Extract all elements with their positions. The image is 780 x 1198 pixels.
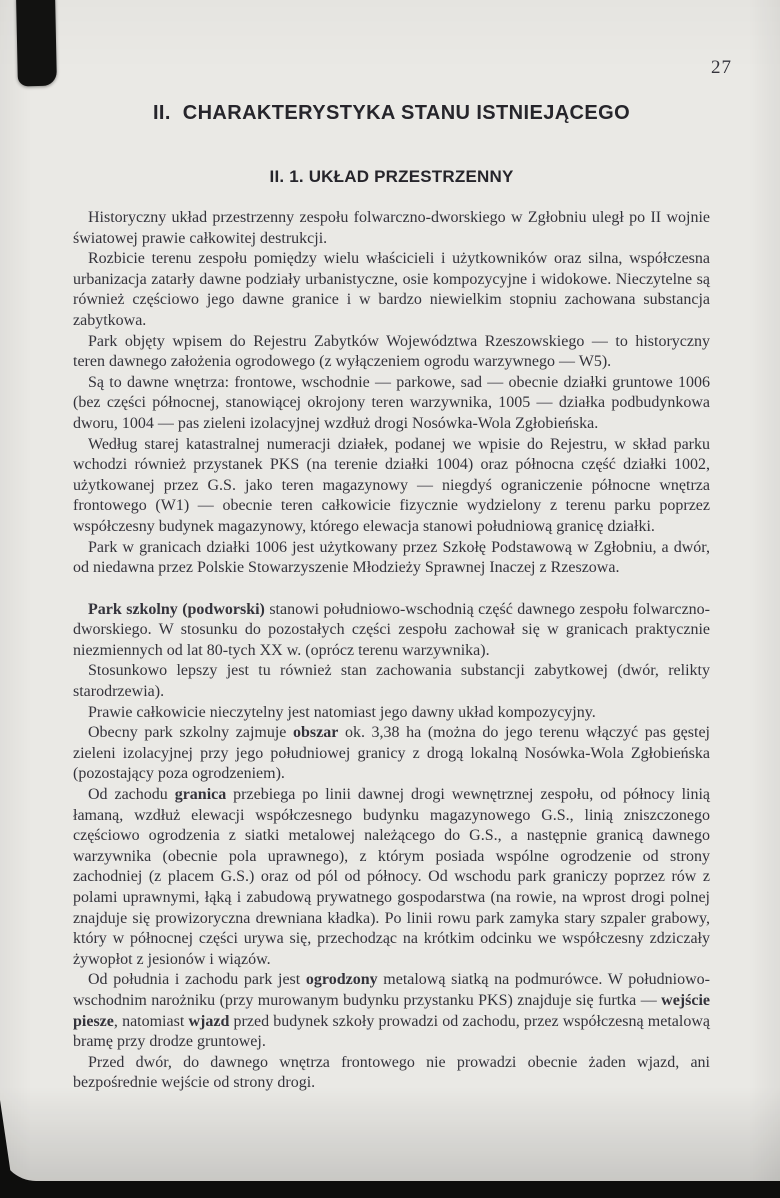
paragraph: Park szkolny (podworski) stanowi południ… — [73, 600, 710, 662]
chapter-heading: II. CHARAKTERYSTYKA STANU ISTNIEJĄCEGO — [73, 102, 710, 125]
text-run: Park objęty wpisem do Rejestru Zabytków … — [73, 333, 710, 371]
text-run: Od zachodu — [88, 786, 175, 803]
text-run: Rozbicie terenu zespołu pomiędzy wielu w… — [73, 250, 710, 329]
paragraph: Park w granicach działki 1006 jest użytk… — [73, 538, 710, 579]
paragraph: Według starej katastralnej numeracji dzi… — [73, 435, 710, 538]
text-run: , natomiast — [114, 1013, 189, 1030]
text-run: Historyczny układ przestrzenny zespołu f… — [73, 209, 710, 247]
emphasis-text: ogrodzony — [306, 971, 378, 988]
paragraph: Stosunkowo lepszy jest tu również stan z… — [73, 661, 710, 702]
paragraph: Obecny park szkolny zajmuje obszar ok. 3… — [73, 723, 710, 785]
text-run: Od południa i zachodu park jest — [88, 971, 306, 988]
scan-spine-mark — [16, 0, 57, 86]
text-run: Prawie całkowicie nieczytelny jest natom… — [88, 704, 596, 721]
paragraph: Historyczny układ przestrzenny zespołu f… — [73, 208, 710, 249]
paragraph: Od zachodu granica przebiega po linii da… — [73, 785, 710, 970]
paragraph: Park objęty wpisem do Rejestru Zabytków … — [73, 332, 710, 373]
paragraph: Prawie całkowicie nieczytelny jest natom… — [73, 703, 710, 724]
paragraph: Od południa i zachodu park jest ogrodzon… — [73, 970, 710, 1052]
text-run: Przed dwór, do dawnego wnętrza frontoweg… — [73, 1054, 710, 1092]
paper-sheet: 27 II. CHARAKTERYSTYKA STANU ISTNIEJĄCEG… — [0, 0, 780, 1181]
page-number: 27 — [711, 57, 732, 79]
emphasis-text: Park szkolny (podworski) — [88, 601, 265, 618]
paragraph: Rozbicie terenu zespołu pomiędzy wielu w… — [73, 249, 710, 331]
text-run: Obecny park szkolny zajmuje — [88, 724, 293, 741]
emphasis-text: obszar — [293, 724, 338, 741]
body-text: Historyczny układ przestrzenny zespołu f… — [73, 208, 710, 1094]
section-heading: II. 1. UKŁAD PRZESTRZENNY — [73, 167, 710, 187]
text-run: Park w granicach działki 1006 jest użytk… — [73, 539, 710, 577]
text-run: Są to dawne wnętrza: frontowe, wschodnie… — [73, 374, 710, 432]
paragraph: Są to dawne wnętrza: frontowe, wschodnie… — [73, 373, 710, 435]
scanned-document: 27 II. CHARAKTERYSTYKA STANU ISTNIEJĄCEG… — [0, 0, 780, 1198]
paragraph: Przed dwór, do dawnego wnętrza frontoweg… — [73, 1053, 710, 1094]
text-run: przebiega po linii dawnej drogi wewnętrz… — [73, 786, 710, 968]
text-run: Stosunkowo lepszy jest tu również stan z… — [73, 662, 710, 700]
emphasis-text: wjazd — [188, 1013, 229, 1030]
emphasis-text: granica — [175, 786, 227, 803]
text-run: Według starej katastralnej numeracji dzi… — [73, 436, 710, 535]
